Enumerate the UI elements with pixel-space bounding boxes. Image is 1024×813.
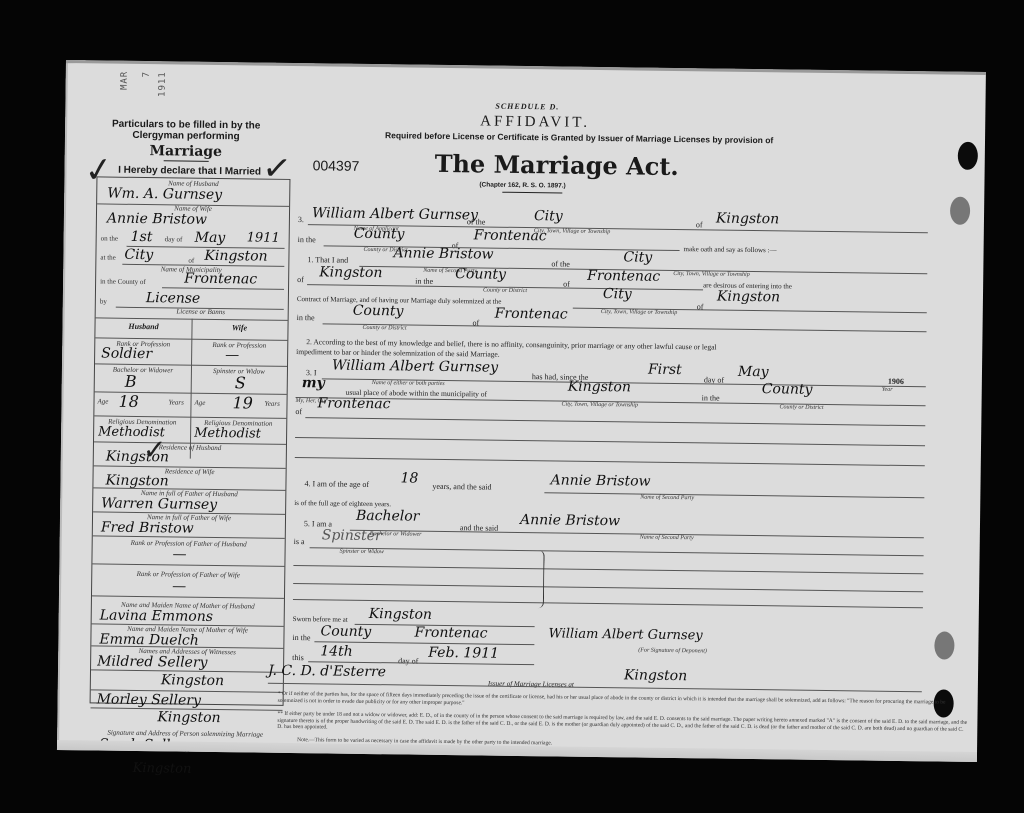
caption-second-party: Name of Second Party [640,535,694,542]
father-husband-value: Warren Gurnsey [101,495,217,513]
label-by: by [100,297,107,305]
officiant-signature-value: Saml. Sellery [99,736,194,753]
required-line: Required before License or Certificate i… [385,130,773,145]
deponent-signature-value: William Albert Gurnsey [548,626,702,643]
resident-name-value: William Albert Gurnsey [332,358,498,376]
rule [544,492,924,498]
divider [164,160,209,162]
abode-county-value: Frontenac [317,395,390,412]
caption-wife-rank: Rank or Profession [191,341,287,350]
paragraph-number: 3. [298,215,304,224]
label-of-the: of the [467,217,486,226]
since-month-value: May [738,364,769,380]
footnote-note: Note.—This form to be varied as necessar… [297,737,987,753]
binder-hole-icon [950,197,970,225]
label-this: this [292,653,304,662]
second-place-value: Kingston [319,264,382,281]
sworn-at-value: Kingston [369,606,432,623]
issuer-signature-value: J. C. D. d'Esterre [268,663,386,681]
clergy-marriage-label: Marriage [91,142,281,160]
caption-city-town: City, Town, Village or Township [601,309,678,316]
affidavit-heading: AFFIDAVIT. [480,113,590,131]
solemnize-county-value: Frontenac [495,306,568,323]
label-in-the: in the [702,393,720,402]
second-county-value: Frontenac [587,268,660,285]
label-of: of [295,407,302,416]
marriage-affidavit-document: MAR 7 1911 Particulars to be filled in b… [57,60,986,762]
label-on-the: on the [101,234,118,242]
second-place-type-value: City [623,249,652,265]
husband-status-value: B [125,372,137,391]
clergy-panel: MAR 7 1911 Particulars to be filled in b… [64,60,278,703]
caption-city-town: City, Town, Village or Township [561,402,638,409]
rank-father-husband-value: — [172,546,186,562]
rule [305,417,925,426]
caption-county-district: County or District [779,404,823,411]
label-make-oath: make oath and say as follows :— [684,245,777,254]
marriage-year-value: 1911 [247,230,280,245]
mother-husband-value: Lavina Emmons [100,607,213,624]
label-of: of [188,257,194,265]
label-in-the: in the [292,633,310,642]
label-years-said: years, and the said [432,482,491,492]
footnote-1: * Or if neither of the parties has, for … [278,691,968,713]
witness-1-value: Mildred Sellery [97,653,208,670]
schedule-label: SCHEDULE D. [495,102,559,112]
sworn-county-value: Frontenac [414,625,487,642]
caption-county-district: County or District [483,287,527,294]
place-type-value: City [124,247,153,263]
rule [295,457,925,466]
caption-second-party: Name of Second Party [640,495,694,502]
my-her-our-value: my [302,375,325,391]
second-party-value: Annie Bristow [393,245,493,262]
label-day-of: day of [398,656,418,665]
father-wife-value: Fred Bristow [101,519,194,536]
column-wife: Wife [191,323,287,333]
received-stamp-year: 1911 [158,71,168,97]
solemnize-place-value: Kingston [717,289,780,306]
rule [162,287,284,290]
checkmark-icon: ✓ [82,149,115,192]
rule [92,595,284,599]
label-of: of [696,220,703,229]
abode-municipality-value: Kingston [568,379,631,396]
label-in-county: in the County of [100,277,146,286]
rule [293,565,923,574]
solemnize-county-type-value: County [353,303,404,320]
caption-bachelor-widower: Bachelor or Widower [95,365,191,374]
marriage-month-value: May [195,230,226,246]
solemnize-place-type-value: City [603,286,632,302]
checkmark-icon: ✓ [143,433,167,466]
applicant-place-type-value: City [534,208,563,224]
clergy-heading: Particulars to be filled in by the Clerg… [91,118,281,142]
rule [92,563,284,567]
rule [350,530,924,539]
sworn-county-type-value: County [320,623,371,640]
status-value: Bachelor [356,508,420,525]
caption-signature: (For Signature of Deponent) [638,648,707,655]
rule [268,683,922,693]
label-full-age: is of the full age of eighteen years. [294,499,391,508]
caption-county-district: County or District [362,325,406,332]
husband-name-value: Wm. A. Gurnsey [107,186,222,204]
caption-year: Year [882,387,893,393]
applicant-county-type-value: County [354,226,405,243]
wife-religion-value: Methodist [194,426,261,442]
age-party-value: Annie Bristow [550,472,650,489]
rule [293,583,923,592]
label-is-a: is a [294,537,305,546]
paragraph-2-text-continued: impediment to bar or hinder the solemniz… [296,347,500,359]
label-wife-age: Age [194,399,205,407]
caption-license-banns: License or Banns [156,307,246,316]
rule [295,437,925,446]
caption-rank-father-husband: Rank or Profession of Father of Husband [93,538,285,549]
witness-2-address-value: Kingston [157,709,220,726]
label-at-the: at the [100,253,115,261]
county-value: Frontenac [184,271,257,288]
caption-city-town: City, Town, Village or Township [673,271,750,278]
checkmark-icon: ✓ [260,147,293,190]
label-years: Years [168,398,183,406]
label-in-the: in the [297,313,315,322]
column-husband: Husband [95,321,191,331]
label-years: Years [264,400,279,408]
label-in-the: in the [415,277,433,286]
party-status-value: Spinster [322,527,382,544]
serial-number: 004397 [313,157,360,174]
binder-hole-icon [934,631,954,659]
marriage-day-value: 1st [131,229,153,245]
chapter-reference: (Chapter 162, R. S. O. 1897.) [479,181,565,189]
caption-rank-father-wife: Rank or Profession of Father of Wife [92,569,284,580]
rule [310,547,924,556]
husband-age-value: 18 [118,392,139,411]
since-year-value: 1906 [888,377,904,386]
place-value: Kingston [204,248,267,265]
label-day-of: day of [165,235,183,243]
applicant-county-value: Frontenac [474,227,547,244]
clergy-particulars-box: Name of Husband Wm. A. Gurnsey Name of W… [90,176,291,705]
sworn-month-year-value: Feb. 1911 [428,645,499,662]
label-husband-age: Age [97,397,108,405]
license-value: License [146,290,201,307]
paragraph-1-label: 1. That I and [307,255,348,265]
wife-rank-value: — [225,347,239,363]
applicant-name-value: William Albert Gurnsey [312,205,478,223]
wife-age-value: 19 [232,393,253,412]
binder-hole-icon [958,142,978,170]
label-of-the: of the [551,259,570,268]
caption-either-both: Name of either or both parties [372,380,445,387]
age-value: 18 [400,470,418,486]
caption-spinster-widow: Spinster or Widow [340,549,384,556]
abode-county-type-value: County [762,381,813,398]
wife-status-value: S [235,373,246,392]
divider [502,192,562,194]
husband-rank-value: Soldier [101,345,152,362]
document-title: The Marriage Act. [434,149,678,181]
issuer-place-value: Kingston [624,667,687,684]
witness-2-value: Morley Sellery [97,691,201,708]
sworn-day-value: 14th [320,643,353,659]
witness-1-address-value: Kingston [161,672,224,689]
label-of: of [297,275,304,284]
paragraph-4-label: 4. I am of the age of [304,479,369,489]
received-stamp: MAR [120,71,130,90]
since-day-value: First [648,362,682,378]
received-stamp-day: 7 [142,71,152,78]
applicant-place-value: Kingston [716,211,779,228]
wife-name-value: Annie Bristow [107,211,207,228]
jurat-bracket [535,550,545,608]
status-party-value: Annie Bristow [520,512,620,529]
second-county-type-value: County [455,266,506,283]
footnote-2: ** If either party be under 18 and not a… [277,711,967,740]
rank-father-wife-value: — [172,578,186,594]
rule [323,323,927,332]
label-in-the: in the [298,235,316,244]
officiant-address-value: Kingston [133,761,192,777]
